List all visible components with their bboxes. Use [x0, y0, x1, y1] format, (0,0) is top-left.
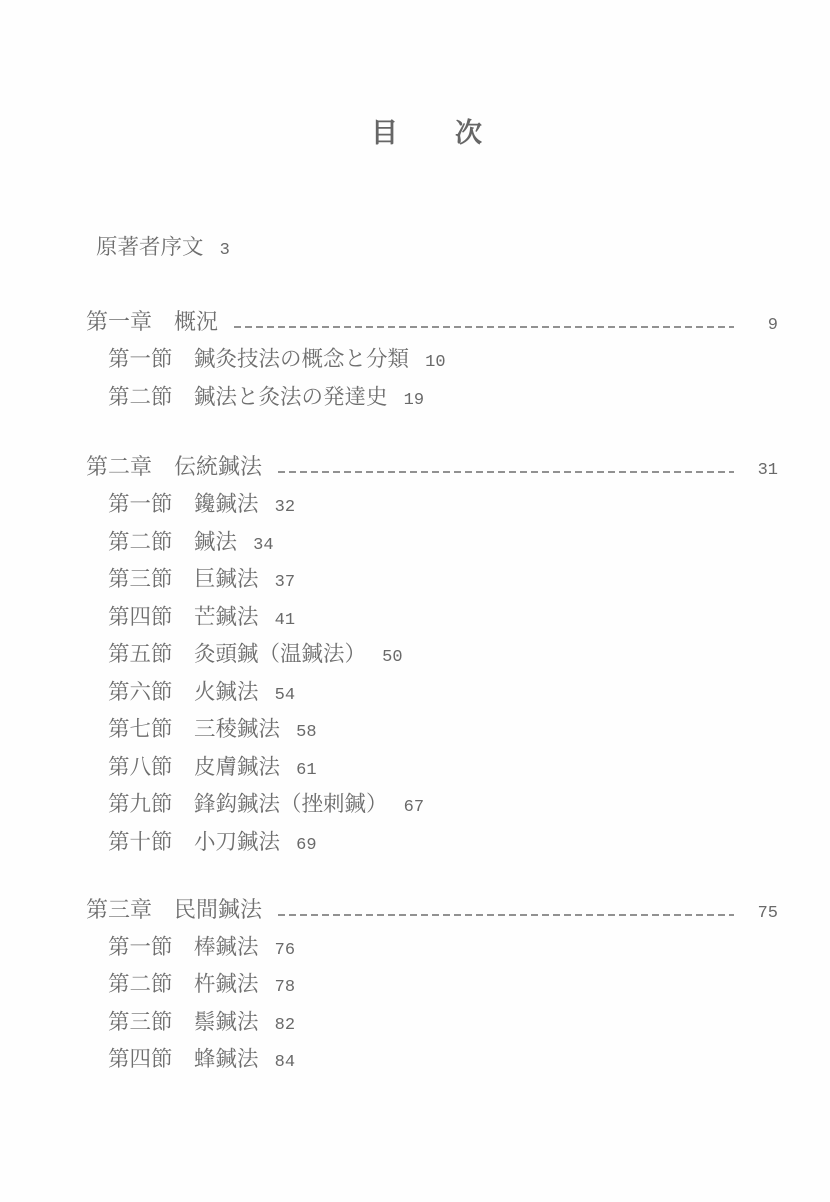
entry-label: 第三章 民間鍼法 — [86, 896, 262, 923]
section-entry: 第一節 棒鍼法 76 — [108, 934, 295, 964]
page-number: 10 — [425, 349, 445, 376]
page-number: 19 — [404, 387, 424, 414]
chapter-3-entry: 第三章 民間鍼法 75 — [86, 896, 778, 927]
page-number: 75 — [744, 900, 778, 927]
page-number: 34 — [253, 532, 273, 559]
page-number: 67 — [404, 794, 424, 821]
page-number: 3 — [220, 237, 230, 264]
toc-page-title: 目 次 — [371, 117, 483, 149]
section-entry: 第一節 鑱鍼法 32 — [108, 491, 295, 521]
page-number: 61 — [296, 757, 316, 784]
entry-label: 第四節 蜂鍼法 — [108, 1046, 259, 1073]
dash-leader — [234, 326, 734, 328]
section-entry: 第二節 鍼法 34 — [108, 529, 274, 559]
section-entry: 第三節 鬃鍼法 82 — [108, 1009, 295, 1039]
page-number: 37 — [275, 569, 295, 596]
entry-label: 第二節 杵鍼法 — [108, 971, 259, 998]
page-number: 82 — [275, 1012, 295, 1039]
entry-label: 第八節 皮膚鍼法 — [108, 754, 280, 781]
chapter-2-entry: 第二章 伝統鍼法 31 — [86, 453, 778, 484]
entry-label: 第九節 鋒鈎鍼法（挫刺鍼） — [108, 791, 388, 818]
dash-leader — [278, 471, 734, 473]
section-entry: 第二節 杵鍼法 78 — [108, 971, 295, 1001]
dash-leader — [278, 914, 734, 916]
entry-label: 原著者序文 — [96, 234, 204, 261]
entry-label: 第六節 火鍼法 — [108, 679, 259, 706]
page-number: 69 — [296, 832, 316, 859]
entry-label: 第二節 鍼法 — [108, 529, 237, 556]
entry-label: 第二章 伝統鍼法 — [86, 453, 262, 480]
entry-label: 第四節 芒鍼法 — [108, 604, 259, 631]
entry-label: 第一章 概況 — [86, 308, 218, 335]
section-entry: 第十節 小刀鍼法 69 — [108, 829, 317, 859]
entry-label: 第一節 鑱鍼法 — [108, 491, 259, 518]
page-number: 9 — [744, 312, 778, 339]
page-number: 41 — [275, 607, 295, 634]
entry-label: 第五節 灸頭鍼（温鍼法） — [108, 641, 366, 668]
entry-label: 第一節 鍼灸技法の概念と分類 — [108, 346, 409, 373]
entry-label: 第七節 三稜鍼法 — [108, 716, 280, 743]
page-number: 58 — [296, 719, 316, 746]
entry-label: 第三節 鬃鍼法 — [108, 1009, 259, 1036]
entry-label: 第十節 小刀鍼法 — [108, 829, 280, 856]
section-entry: 第四節 芒鍼法 41 — [108, 604, 295, 634]
section-entry: 第六節 火鍼法 54 — [108, 679, 295, 709]
section-entry: 第四節 蜂鍼法 84 — [108, 1046, 295, 1076]
section-entry: 第五節 灸頭鍼（温鍼法） 50 — [108, 641, 403, 671]
page-number: 31 — [744, 457, 778, 484]
entry-label: 第二節 鍼法と灸法の発達史 — [108, 384, 388, 411]
preface-entry: 原著者序文 3 — [96, 234, 230, 264]
section-entry: 第七節 三稜鍼法 58 — [108, 716, 317, 746]
entry-label: 第一節 棒鍼法 — [108, 934, 259, 961]
entry-label: 第三節 巨鍼法 — [108, 566, 259, 593]
section-entry: 第九節 鋒鈎鍼法（挫刺鍼） 67 — [108, 791, 424, 821]
toc-page: 目 次 原著者序文 3 第一章 概況 9 第一節 鍼灸技法の概念と分類 10 第… — [0, 0, 830, 1202]
page-number: 54 — [275, 682, 295, 709]
section-entry: 第二節 鍼法と灸法の発達史 19 — [108, 384, 424, 414]
section-entry: 第三節 巨鍼法 37 — [108, 566, 295, 596]
page-number: 84 — [275, 1049, 295, 1076]
page-number: 76 — [275, 937, 295, 964]
chapter-1-entry: 第一章 概況 9 — [86, 308, 778, 339]
page-number: 78 — [275, 974, 295, 1001]
page-number: 50 — [382, 644, 402, 671]
section-entry: 第八節 皮膚鍼法 61 — [108, 754, 317, 784]
page-number: 32 — [275, 494, 295, 521]
section-entry: 第一節 鍼灸技法の概念と分類 10 — [108, 346, 446, 376]
